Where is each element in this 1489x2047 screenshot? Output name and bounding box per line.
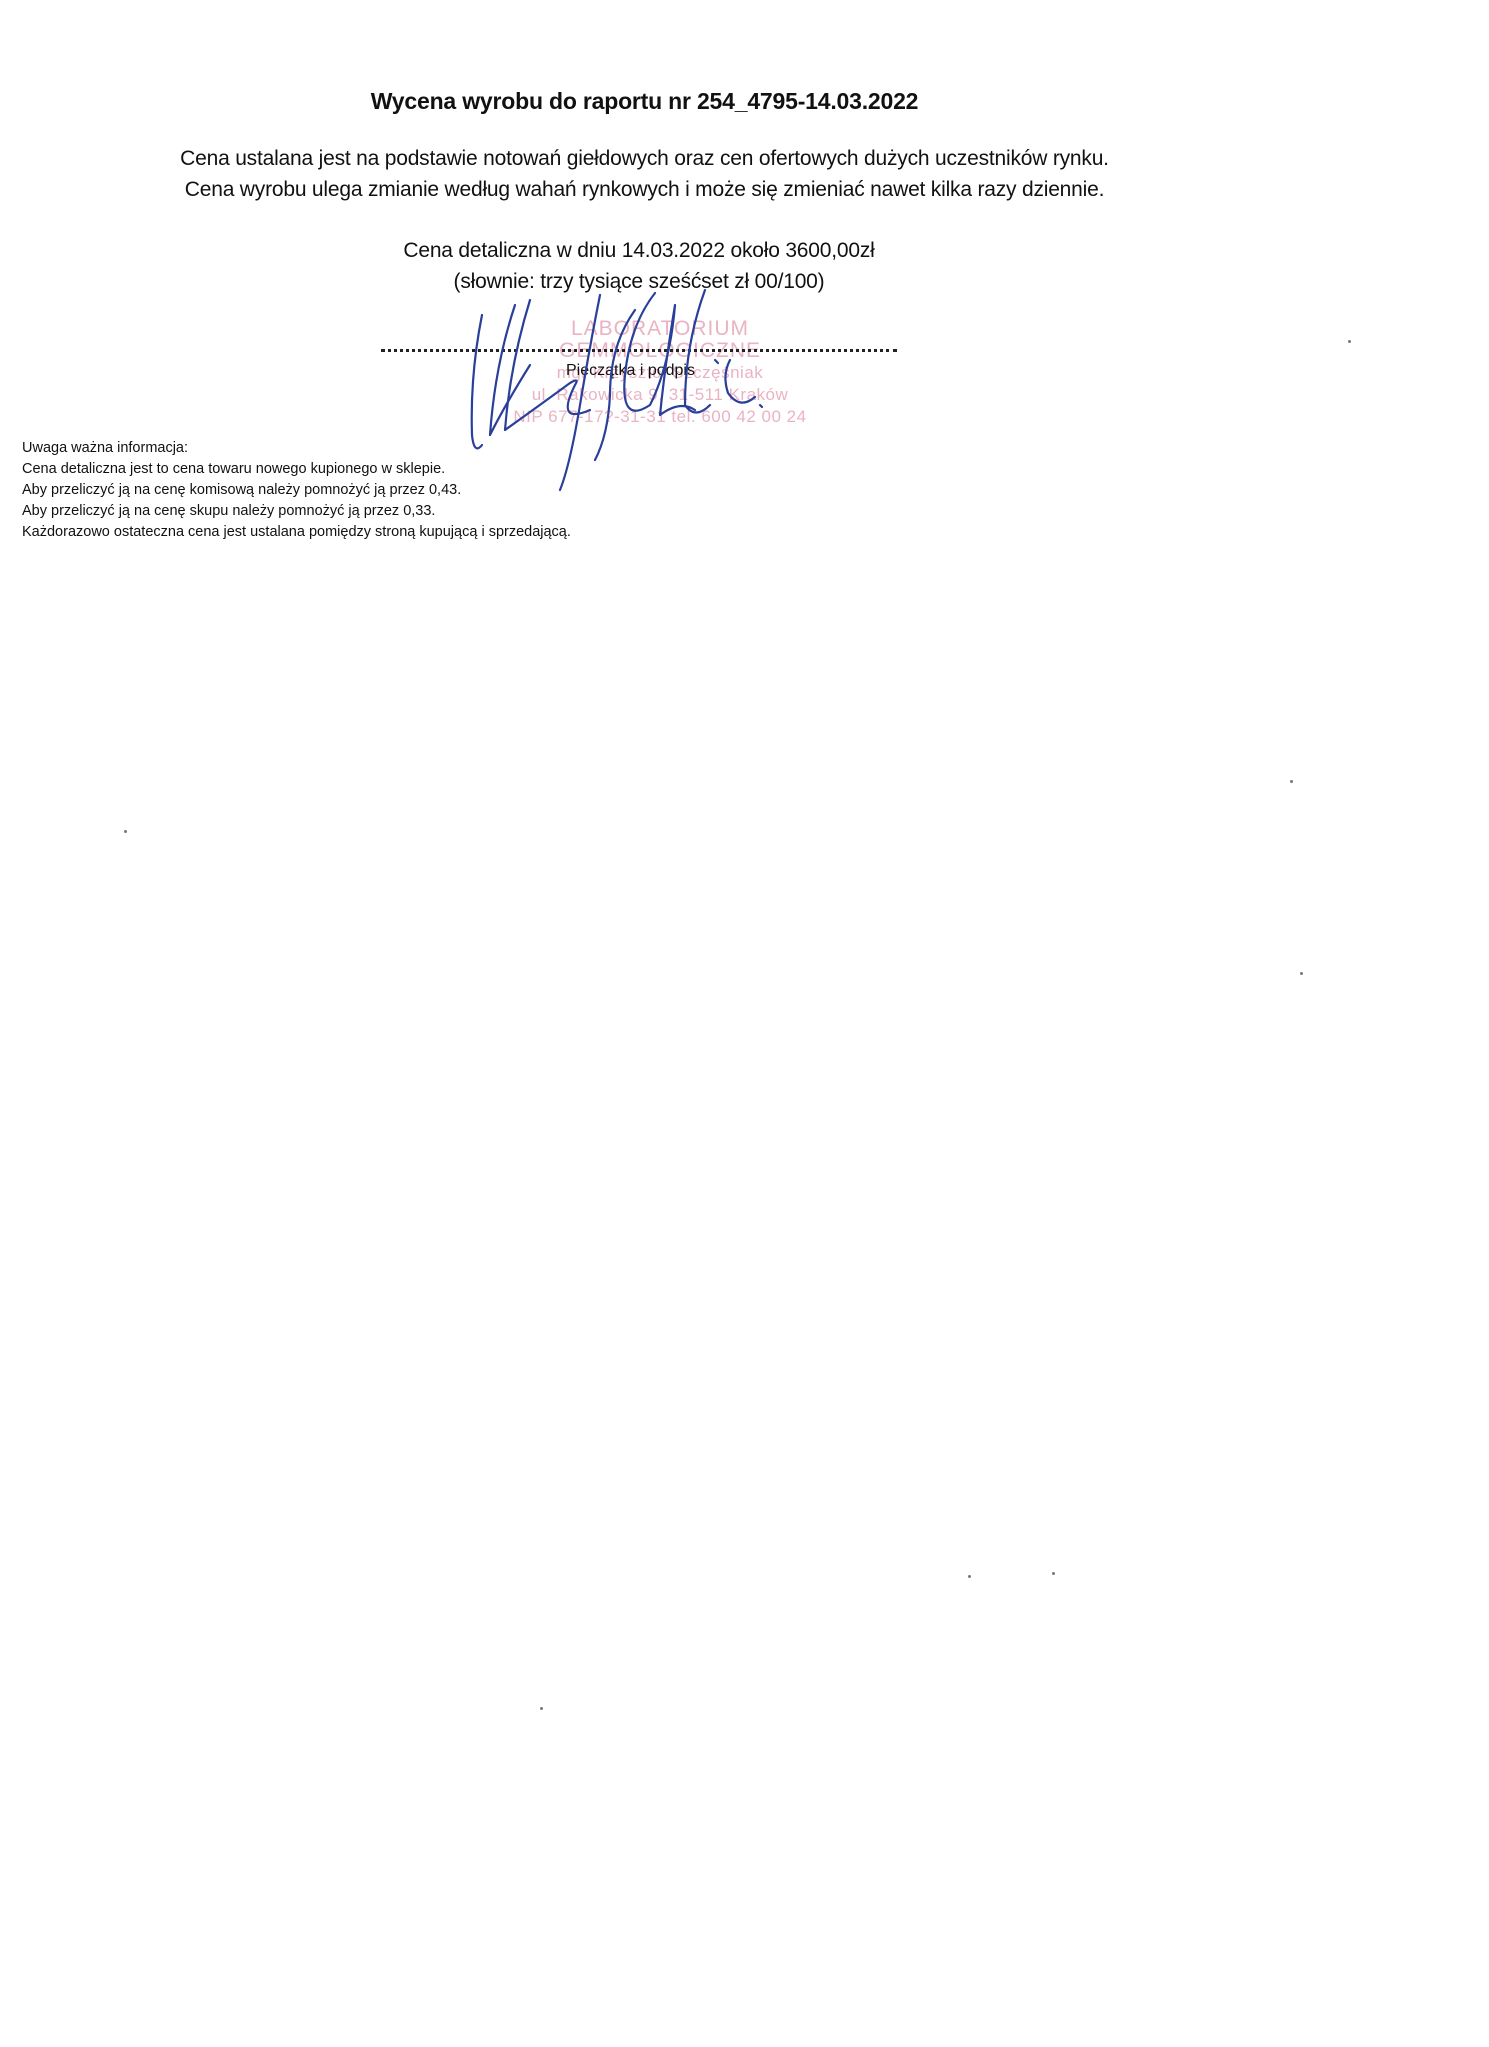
scan-speck — [1300, 972, 1303, 975]
document-title: Wycena wyrobu do raportu nr 254_4795-14.… — [0, 88, 1289, 115]
scan-speck — [968, 1575, 971, 1578]
scan-speck — [1290, 780, 1293, 783]
note-line: Aby przeliczyć ją na cenę komisową należ… — [22, 480, 571, 501]
intro-paragraph: Cena ustalana jest na podstawie notowań … — [0, 143, 1289, 205]
note-line: Cena detaliczna jest to cena towaru nowe… — [22, 459, 571, 480]
scan-speck — [540, 1707, 543, 1710]
intro-line: Cena wyrobu ulega zmianie według wahań r… — [0, 174, 1289, 205]
important-notes: Uwaga ważna informacja: Cena detaliczna … — [22, 438, 571, 543]
scan-speck — [124, 830, 127, 833]
retail-price: Cena detaliczna w dniu 14.03.2022 około … — [0, 235, 1278, 266]
scan-speck — [1052, 1572, 1055, 1575]
document-page: Wycena wyrobu do raportu nr 254_4795-14.… — [0, 0, 1489, 2047]
scan-speck — [1348, 340, 1351, 343]
intro-line: Cena ustalana jest na podstawie notowań … — [0, 143, 1289, 174]
note-line: Każdorazowo ostateczna cena jest ustalan… — [22, 522, 571, 543]
notes-heading: Uwaga ważna informacja: — [22, 438, 571, 459]
note-line: Aby przeliczyć ją na cenę skupu należy p… — [22, 501, 571, 522]
